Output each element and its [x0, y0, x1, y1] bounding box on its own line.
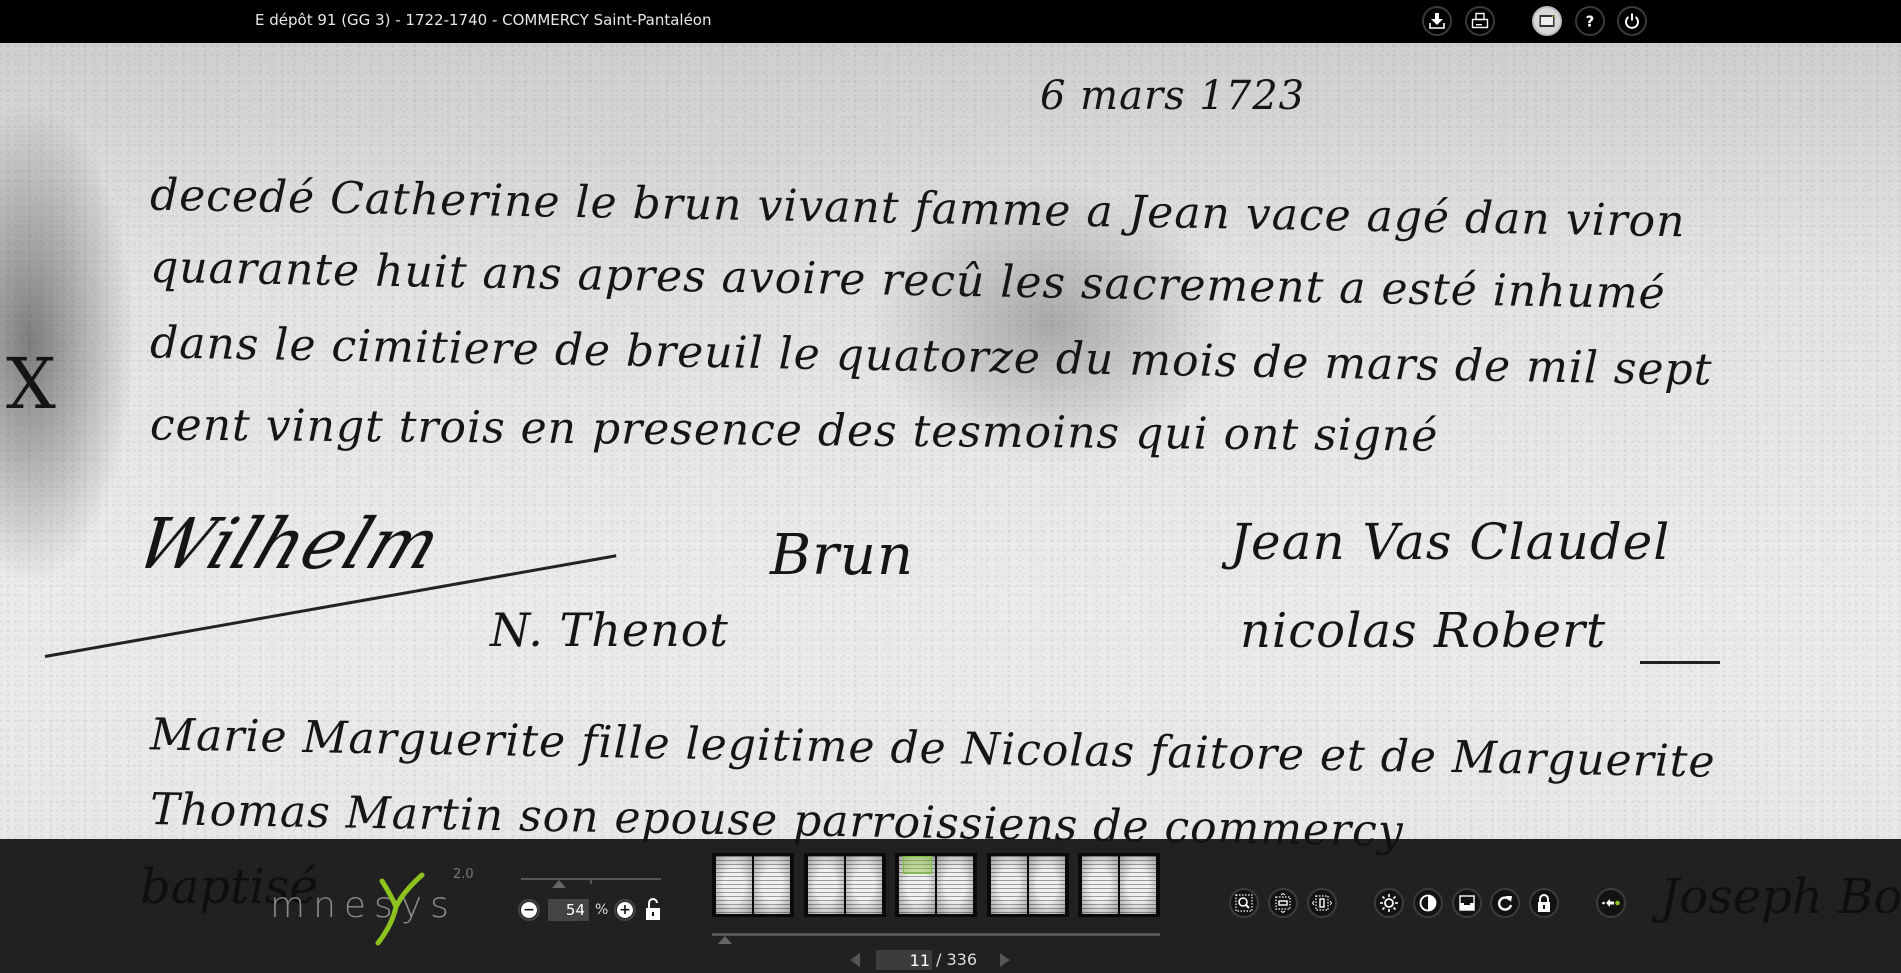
help-button[interactable]: ? [1575, 6, 1605, 36]
thumbnail-strip [712, 853, 1162, 919]
thumbnail-left-page [991, 856, 1027, 914]
underlying-document-text: Joseph Boigeo [1660, 869, 1901, 925]
rotate-button[interactable] [1490, 888, 1520, 918]
thumbnail-page[interactable] [987, 853, 1069, 917]
zoom-out-button[interactable]: − [518, 899, 540, 921]
thumbnail-page[interactable] [1078, 853, 1160, 917]
contrast-button[interactable] [1413, 888, 1443, 918]
previous-page-button[interactable] [850, 953, 860, 967]
zoom-level-input[interactable] [548, 899, 589, 921]
next-page-button[interactable] [1000, 953, 1010, 967]
invert-button[interactable] [1452, 888, 1482, 918]
logout-button[interactable] [1617, 6, 1647, 36]
thumbnail-left-page [716, 856, 752, 914]
brightness-button[interactable] [1374, 888, 1404, 918]
download-icon [1428, 12, 1446, 30]
logo-y-mark [370, 867, 430, 947]
thumbnail-viewport-indicator[interactable] [903, 856, 932, 874]
fit-height-icon [1273, 893, 1293, 913]
print-button[interactable] [1465, 6, 1495, 36]
fit-width-button[interactable] [1307, 888, 1337, 918]
thumbnail-page-current[interactable] [895, 853, 977, 917]
page-total: / 336 [936, 950, 977, 969]
document-date-heading: 6 mars 1723 [1040, 73, 1305, 119]
signature: Jean Vas Claudel [1230, 513, 1670, 571]
bottom-toolbar: baptisé Joseph Boigeo mnesys 2.0 − % + [0, 839, 1901, 973]
thumbnail-scroll-track[interactable] [712, 933, 1160, 936]
zoom-unit-label: % [595, 902, 608, 918]
thumbnail-right-page [1029, 856, 1065, 914]
signature: Wilhelm [125, 503, 453, 585]
thumbnail-right-page [846, 856, 882, 914]
svg-text:?: ? [1586, 13, 1595, 31]
zoom-out-icon: − [521, 902, 537, 918]
invert-icon [1457, 893, 1477, 913]
download-button[interactable] [1422, 6, 1452, 36]
unlock-icon[interactable] [645, 897, 661, 921]
document-viewer[interactable]: 6 mars 1723 decedé Catherine le brun viv… [0, 43, 1901, 973]
logo-version: 2.0 [453, 867, 474, 882]
back-arrow-icon [1601, 893, 1621, 913]
printer-icon [1471, 12, 1489, 30]
thumbnail-right-page [937, 856, 973, 914]
lock-icon [1534, 893, 1554, 913]
fit-height-button[interactable] [1268, 888, 1298, 918]
signature: nicolas Robert [1240, 603, 1606, 659]
top-bar: E dépôt 91 (GG 3) - 1722-1740 - COMMERCY… [0, 0, 1901, 43]
zoom-region-button[interactable] [1229, 888, 1259, 918]
zoom-slider-handle[interactable] [552, 880, 566, 888]
zoom-slider-tick [590, 880, 592, 884]
zoom-in-button[interactable]: + [614, 899, 636, 921]
zoom-region-icon [1234, 893, 1254, 913]
power-icon [1623, 12, 1641, 30]
brightness-icon [1379, 893, 1399, 913]
document-title: E dépôt 91 (GG 3) - 1722-1740 - COMMERCY… [255, 11, 711, 29]
thumbnail-right-page [754, 856, 790, 914]
zoom-in-icon: + [617, 902, 633, 918]
help-icon: ? [1581, 12, 1599, 30]
page-number-input[interactable] [876, 950, 932, 970]
thumbnail-page[interactable] [712, 853, 794, 917]
screen-icon [1538, 12, 1556, 30]
signature: N. Thenot [490, 603, 729, 657]
rotate-icon [1495, 893, 1515, 913]
margin-mark: X [6, 343, 57, 425]
thumbnail-right-page [1120, 856, 1156, 914]
thumbnail-scroll-handle[interactable] [718, 936, 732, 944]
signature-underline [1640, 661, 1720, 664]
back-button[interactable] [1596, 888, 1626, 918]
lock-view-button[interactable] [1529, 888, 1559, 918]
fullscreen-button[interactable] [1532, 6, 1562, 36]
thumbnail-left-page [1082, 856, 1118, 914]
thumbnail-page[interactable] [804, 853, 886, 917]
fit-width-icon [1312, 893, 1332, 913]
mnesys-logo: mnesys 2.0 [270, 867, 460, 947]
contrast-icon [1418, 893, 1438, 913]
signature: Brun [770, 523, 914, 588]
thumbnail-left-page [808, 856, 844, 914]
